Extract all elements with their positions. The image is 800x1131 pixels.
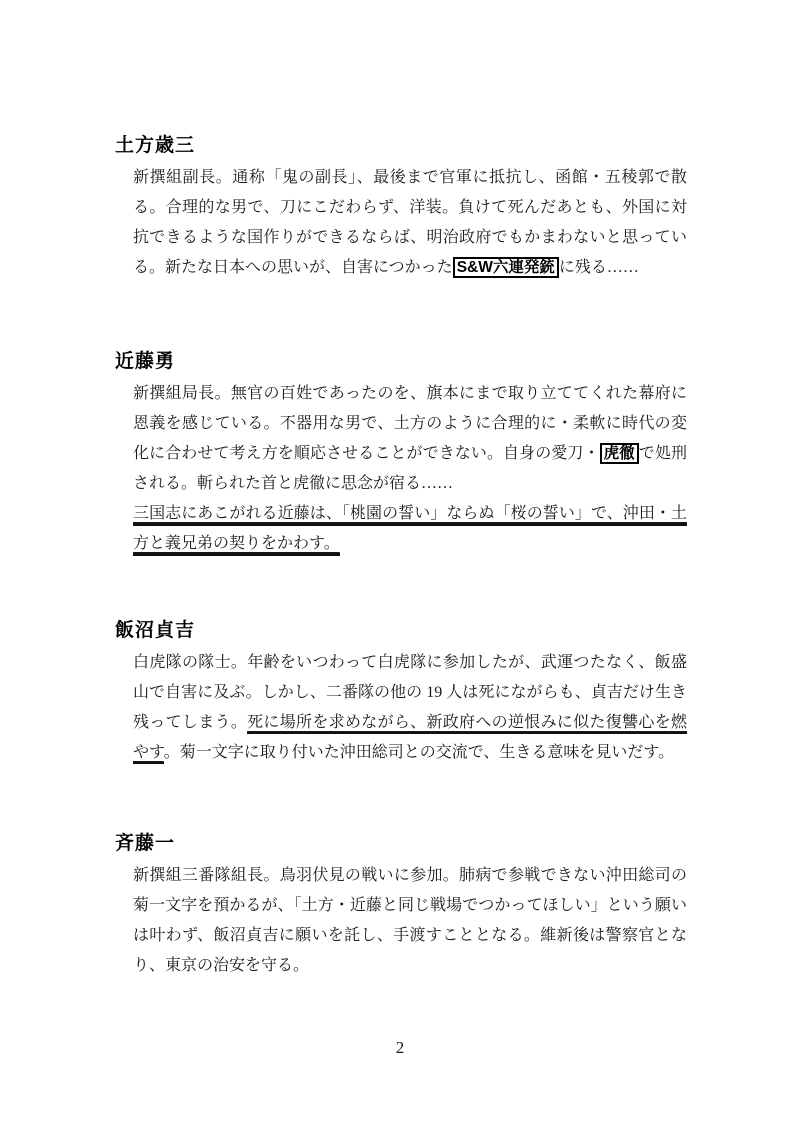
- character-section-hijikata: 土方歳三 新撰組副長。通称「鬼の副長」、最後まで官軍に抵抗し、函館・五稜郭で散る…: [115, 134, 687, 283]
- character-name-heading: 近藤勇: [115, 350, 687, 373]
- character-section-saito: 斉藤一 新撰組三番隊組長。鳥羽伏見の戦いに参加。肺病で参戦できない沖田総司の菊一…: [115, 832, 687, 981]
- boxed-term-kotetsu: 虎徹: [600, 443, 639, 464]
- document-page: 土方歳三 新撰組副長。通称「鬼の副長」、最後まで官軍に抵抗し、函館・五稜郭で散る…: [0, 0, 800, 1131]
- description-text: に残る……: [559, 259, 639, 276]
- description-text: 新撰組三番隊組長。鳥羽伏見の戦いに参加。肺病で参戦できない沖田総司の菊一文字を預…: [133, 867, 687, 974]
- boxed-term-revolver: S&W六連発銃: [453, 257, 559, 278]
- description-text: 。菊一文字に取り付いた沖田総司との交流で、生きる意味を見いだす。: [164, 744, 674, 761]
- character-description: 新撰組副長。通称「鬼の副長」、最後まで官軍に抵抗し、函館・五稜郭で散る。合理的な…: [115, 163, 687, 283]
- character-name-heading: 斉藤一: [115, 832, 687, 855]
- character-section-iinuma: 飯沼貞吉 白虎隊の隊士。年齢をいつわって白虎隊に参加したが、武運つたなく、飯盛山…: [115, 619, 687, 768]
- page-number: 2: [0, 1038, 800, 1058]
- character-name-heading: 土方歳三: [115, 134, 687, 157]
- character-description: 白虎隊の隊士。年齢をいつわって白虎隊に参加したが、武運つたなく、飯盛山で自害に及…: [115, 648, 687, 768]
- character-description: 新撰組三番隊組長。鳥羽伏見の戦いに参加。肺病で参戦できない沖田総司の菊一文字を預…: [115, 861, 687, 981]
- character-name-heading: 飯沼貞吉: [115, 619, 687, 642]
- character-section-kondo: 近藤勇 新撰組局長。無官の百姓であったのを、旗本にまで取り立ててくれた幕府に恩義…: [115, 350, 687, 559]
- document-content: 土方歳三 新撰組副長。通称「鬼の副長」、最後まで官軍に抵抗し、函館・五稜郭で散る…: [115, 134, 687, 981]
- underlined-text: 三国志にあこがれる近藤は、「桃園の誓い」ならぬ「桜の誓い」で、沖田・土方と義兄弟…: [133, 505, 687, 556]
- character-description: 新撰組局長。無官の百姓であったのを、旗本にまで取り立ててくれた幕府に恩義を感じて…: [115, 379, 687, 559]
